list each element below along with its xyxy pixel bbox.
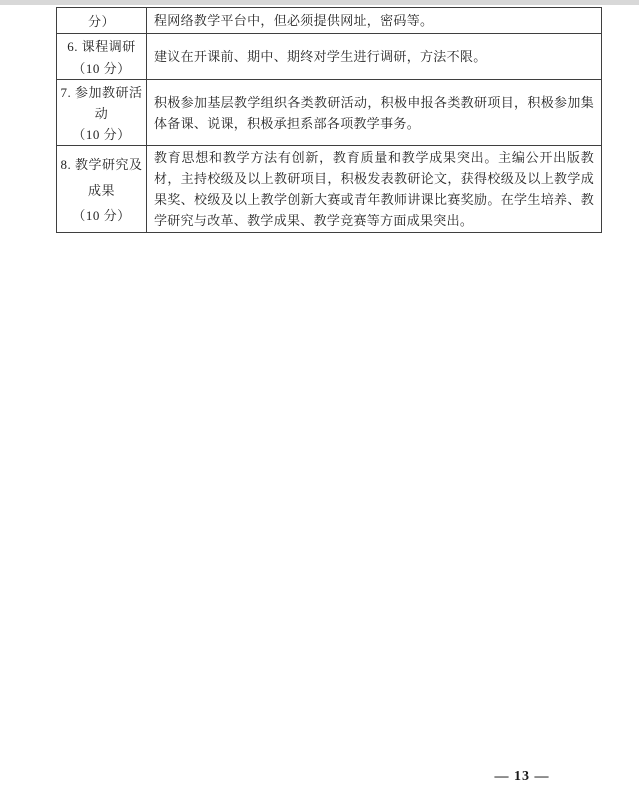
label-line: （10 分） bbox=[72, 58, 130, 77]
label-line: （10 分） bbox=[72, 124, 130, 143]
table-row: 7. 参加教研活 动 （10 分） 积极参加基层教学组织各类教研活动，积极申报各… bbox=[57, 80, 602, 146]
evaluation-criteria-table: 分） 程网络教学平台中，但必须提供网址，密码等。 6. 课程调研 （10 分） … bbox=[56, 7, 602, 233]
label-line: 动 bbox=[95, 103, 109, 122]
row-label-cell: 7. 参加教研活 动 （10 分） bbox=[57, 80, 147, 146]
label-line: 6. 课程调研 bbox=[67, 36, 136, 55]
table-row: 分） 程网络教学平台中，但必须提供网址，密码等。 bbox=[57, 8, 602, 34]
label-line: 成果 bbox=[88, 180, 115, 199]
table-row: 6. 课程调研 （10 分） 建议在开课前、期中、期终对学生进行调研，方法不限。 bbox=[57, 34, 602, 80]
label-line: 8. 教学研究及 bbox=[60, 154, 142, 173]
label-line: （10 分） bbox=[72, 205, 130, 224]
label-stack: 8. 教学研究及 成果 （10 分） bbox=[57, 147, 146, 231]
label-line: 7. 参加教研活 bbox=[60, 82, 142, 101]
row-content-cell: 教育思想和教学方法有创新，教育质量和教学成果突出。主编公开出版教材，主持校级及以… bbox=[147, 146, 602, 233]
label-stack: 7. 参加教研活 动 （10 分） bbox=[57, 80, 146, 145]
row-content-cell: 程网络教学平台中，但必须提供网址，密码等。 bbox=[147, 8, 602, 34]
label-line: 分） bbox=[88, 11, 115, 30]
table-row: 8. 教学研究及 成果 （10 分） 教育思想和教学方法有创新，教育质量和教学成… bbox=[57, 146, 602, 233]
row-label-cell: 8. 教学研究及 成果 （10 分） bbox=[57, 146, 147, 233]
row-content-cell: 建议在开课前、期中、期终对学生进行调研，方法不限。 bbox=[147, 34, 602, 80]
row-content-cell: 积极参加基层教学组织各类教研活动，积极申报各类教研项目，积极参加集体备课、说课，… bbox=[147, 80, 602, 146]
row-label-cell: 分） bbox=[57, 8, 147, 34]
row-label-cell: 6. 课程调研 （10 分） bbox=[57, 34, 147, 80]
page-top-edge-strip bbox=[0, 0, 639, 5]
label-stack: 分） bbox=[57, 8, 146, 33]
page-number: — 13 — bbox=[472, 769, 572, 785]
label-stack: 6. 课程调研 （10 分） bbox=[57, 34, 146, 79]
